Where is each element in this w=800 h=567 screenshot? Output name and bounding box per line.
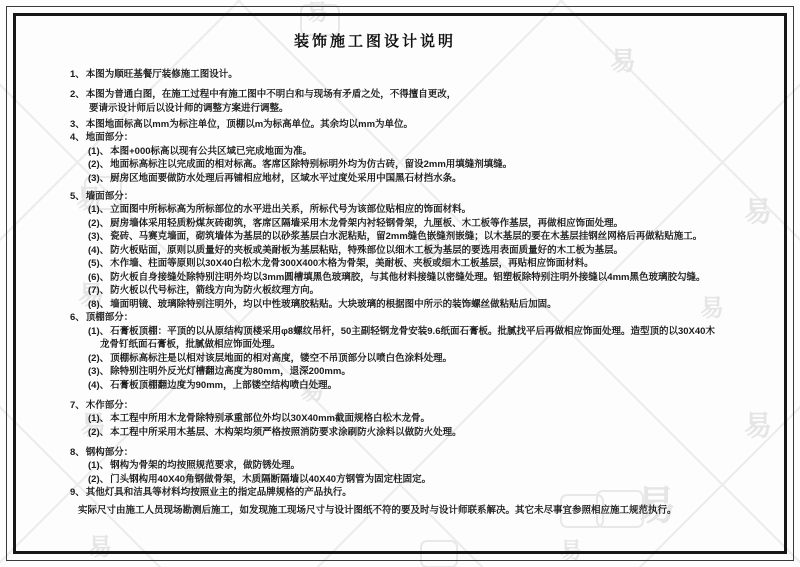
sub-item: (2)、厨房墙体采用轻质粉煤灰砖砌筑，客席区隔墙采用木龙骨架内衬轻钢骨架，九厘板… (88, 217, 785, 231)
notes-body: 1、本图为顺旺基餐厅装修施工图设计。 2、本图为普通白图，在施工过程中有施工图中… (70, 68, 785, 518)
item-text: 厨房区地面要做防水处理后再铺相应地材，区域水平过度处采用中国黑石材挡水条。 (110, 173, 462, 184)
item-text: 本图+000标高以现有公共区域已完成地面为准。 (110, 146, 312, 157)
item-text: 墙面明镜、玻璃除特别注明外，均以中性玻璃胶粘贴。大块玻璃的根据图中所示的装饰螺丝… (110, 299, 557, 310)
section-title: 地面部分： (86, 132, 134, 143)
item-text: 防火板自身接缝处除特别注明外均以3mm圆槽填黑色玻璃胶，与其他材料接缝以密缝处理… (110, 272, 705, 283)
item-number: (3)、 (88, 231, 109, 242)
sub-item: (2)、本工程中所采用木基层、木构架均须严格按照消防要求涂刷防火涂料以做防火处理… (88, 426, 785, 440)
item-text: 本工程中所采用木基层、木构架均须严格按照消防要求涂刷防火涂料以做防火处理。 (110, 427, 462, 438)
sub-item: (4)、石膏板顶棚翻边度为90mm，上部镂空结构喷白处理。 (88, 379, 785, 393)
sub-item: (3)、厨房区地面要做防水处理后再铺相应地材，区域水平过度处采用中国黑石材挡水条… (88, 172, 785, 186)
item-text: 其他灯具和洁具等材料均按照业主的指定品牌规格的产品执行。 (86, 487, 352, 498)
item-text: 除特别注明外反光灯槽翻边高度为80mm，退深200mm。 (110, 366, 351, 377)
item-number: (1)、 (88, 326, 109, 337)
item-text: 本图为普通白图，在施工过程中有施工图中不明白和与现场有矛盾之处，不得擅自更改， (86, 89, 457, 100)
item-number: (1)、 (88, 146, 109, 157)
item-text: 木作墙、柱面等原则以30X40白松木龙骨300X400木格为骨架，美耐板、夹板或… (110, 258, 594, 269)
item-number: (8)、 (88, 299, 109, 310)
section-title: 木作部分： (86, 400, 134, 411)
section-ceiling: 6、顶棚部分： (70, 311, 785, 325)
item-number: (3)、 (88, 173, 109, 184)
sub-item: (1)、本图+000标高以现有公共区域已完成地面为准。 (88, 145, 785, 159)
section-floor: 4、地面部分： (70, 131, 785, 145)
item-text: 石膏板顶棚：平顶的以从原结构顶楼采用φ8螺纹吊杆，50主副轻钢龙骨安装9.6纸面… (110, 326, 715, 337)
sub-item-cont: 龙骨钉纸面石膏板，批腻做相应饰面处理。 (100, 338, 785, 352)
item-number: 2、 (70, 89, 85, 100)
item-number: (1)、 (88, 204, 109, 215)
item-number: 6、 (70, 312, 85, 323)
item-text: 实际尺寸由施工人员现场勘测后施工，如发现施工现场尺寸与设计图纸不符的要及时与设计… (78, 505, 677, 516)
section-woodwork: 7、木作部分： (70, 399, 785, 413)
sub-item: (2)、地面标高标注以完成面的相对标高。客席区除特别标明外均为仿古砖，留设2mm… (88, 158, 785, 172)
sub-item: (1)、本工程中所用木龙骨除特别承重部位外均以30X40mm截面规格白松木龙骨。 (88, 412, 785, 426)
item-number: 7、 (70, 400, 85, 411)
item-text: 本图地面标高以mm为标注单位，顶棚以m为标高单位。其余均以mm为单位。 (86, 119, 413, 130)
item-text: 厨房墙体采用轻质粉煤灰砖砌筑，客席区隔墙采用木龙骨架内衬轻钢骨架，九厘板、木工板… (110, 218, 623, 229)
item-number: (2)、 (88, 353, 109, 364)
item-text: 防火板贴面，原则以质量好的夹板或美耐板为基层粘贴，特殊部位以细木工板为基层的要选… (110, 245, 623, 256)
section-title: 钢构部分： (86, 447, 134, 458)
item-text: 防火板以代号标注，箭线方向为防火板纹理方向。 (110, 285, 319, 296)
item-number: 5、 (70, 191, 85, 202)
item-number: (2)、 (88, 474, 109, 485)
sub-item: (2)、顶棚标高标注是以相对该层地面的相对高度，镂空不吊顶部分以喷白色涂料处理。 (88, 352, 785, 366)
item-number: (4)、 (88, 380, 109, 391)
item-number: 3、 (70, 119, 85, 130)
item-number: 8、 (70, 447, 85, 458)
sub-item: (3)、瓷砖、马赛克墙面，砌筑墙体为基层的以砂浆基层白水泥粘贴，留2mm缝色嵌缝… (88, 230, 785, 244)
sub-item: (4)、防火板贴面，原则以质量好的夹板或美耐板为基层粘贴，特殊部位以细木工板为基… (88, 244, 785, 258)
item-text: 要请示设计师后以设计师的调整方案进行调整。 (89, 103, 289, 114)
item-number: (2)、 (88, 427, 109, 438)
item-number: (6)、 (88, 272, 109, 283)
item-text: 顶棚标高标注是以相对该层地面的相对高度，镂空不吊顶部分以喷白色涂料处理。 (110, 353, 452, 364)
item-text: 龙骨钉纸面石膏板，批腻做相应饰面处理。 (100, 339, 281, 350)
sub-item: (1)、立面图中所标标高为所标部位的水平进出关系，所标代号为该部位贴相应的饰面材… (88, 203, 785, 217)
sub-item: (3)、除特别注明外反光灯槽翻边高度为80mm，退深200mm。 (88, 365, 785, 379)
page-title: 装饰施工图设计说明 (0, 30, 750, 51)
item-text: 瓷砖、马赛克墙面，砌筑墙体为基层的以砂浆基层白水泥粘贴，留2mm缝色嵌缝剂嵌缝；… (110, 231, 702, 242)
item-text: 本工程中所用木龙骨除特别承重部位外均以30X40mm截面规格白松木龙骨。 (110, 413, 430, 424)
item-text: 地面标高标注以完成面的相对标高。客席区除特别标明外均为仿古砖，留设2mm用填缝剂… (110, 159, 512, 170)
item-number: (1)、 (88, 460, 109, 471)
item-number: (1)、 (88, 413, 109, 424)
note-item-2: 2、本图为普通白图，在施工过程中有施工图中不明白和与现场有矛盾之处，不得擅自更改… (70, 88, 785, 102)
sub-item: (1)、钢构为骨架的均按照规范要求，做防锈处理。 (88, 459, 785, 473)
section-wall: 5、墙面部分： (70, 190, 785, 204)
sub-item: (2)、门头钢构用40X40角钢做骨架，木质隔断隔墙以40X40方钢管为固定柱固… (88, 473, 785, 487)
section-title: 顶棚部分： (86, 312, 134, 323)
item-number: (4)、 (88, 245, 109, 256)
item-number: (3)、 (88, 366, 109, 377)
sub-item: (1)、石膏板顶棚：平顶的以从原结构顶楼采用φ8螺纹吊杆，50主副轻钢龙骨安装9… (88, 325, 785, 339)
item-text: 立面图中所标标高为所标部位的水平进出关系，所标代号为该部位贴相应的饰面材料。 (110, 204, 471, 215)
sub-item: (7)、防火板以代号标注，箭线方向为防火板纹理方向。 (88, 284, 785, 298)
note-item-2-cont: 要请示设计师后以设计师的调整方案进行调整。 (89, 102, 785, 116)
item-number: 1、 (70, 69, 85, 80)
item-text: 钢构为骨架的均按照规范要求，做防锈处理。 (110, 460, 300, 471)
section-title: 墙面部分： (86, 191, 134, 202)
item-number: 4、 (70, 132, 85, 143)
sub-item: (8)、墙面明镜、玻璃除特别注明外，均以中性玻璃胶粘贴。大块玻璃的根据图中所示的… (88, 298, 785, 312)
item-number: (2)、 (88, 218, 109, 229)
item-text: 本图为顺旺基餐厅装修施工图设计。 (86, 69, 238, 80)
sub-item: (5)、木作墙、柱面等原则以30X40白松木龙骨300X400木格为骨架，美耐板… (88, 257, 785, 271)
drawing-sheet: 易易易易易易易易易易易易易易 装饰施工图设计说明 1、本图为顺旺基餐厅装修施工图… (0, 0, 800, 567)
section-steel: 8、钢构部分： (70, 446, 785, 460)
note-item-1: 1、本图为顺旺基餐厅装修施工图设计。 (70, 68, 785, 82)
sub-item: (6)、防火板自身接缝处除特别注明外均以3mm圆槽填黑色玻璃胶，与其他材料接缝以… (88, 271, 785, 285)
item-number: (2)、 (88, 159, 109, 170)
item-text: 门头钢构用40X40角钢做骨架，木质隔断隔墙以40X40方钢管为固定柱固定。 (110, 474, 431, 485)
item-number: (7)、 (88, 285, 109, 296)
note-item-9: 9、其他灯具和洁具等材料均按照业主的指定品牌规格的产品执行。 (70, 486, 785, 500)
note-item-3: 3、本图地面标高以mm为标注单位，顶棚以m为标高单位。其余均以mm为单位。 (70, 118, 785, 132)
item-number: 9、 (70, 487, 85, 498)
closing-note: 实际尺寸由施工人员现场勘测后施工，如发现施工现场尺寸与设计图纸不符的要及时与设计… (78, 504, 785, 518)
item-text: 石膏板顶棚翻边度为90mm，上部镂空结构喷白处理。 (110, 380, 337, 391)
item-number: (5)、 (88, 258, 109, 269)
